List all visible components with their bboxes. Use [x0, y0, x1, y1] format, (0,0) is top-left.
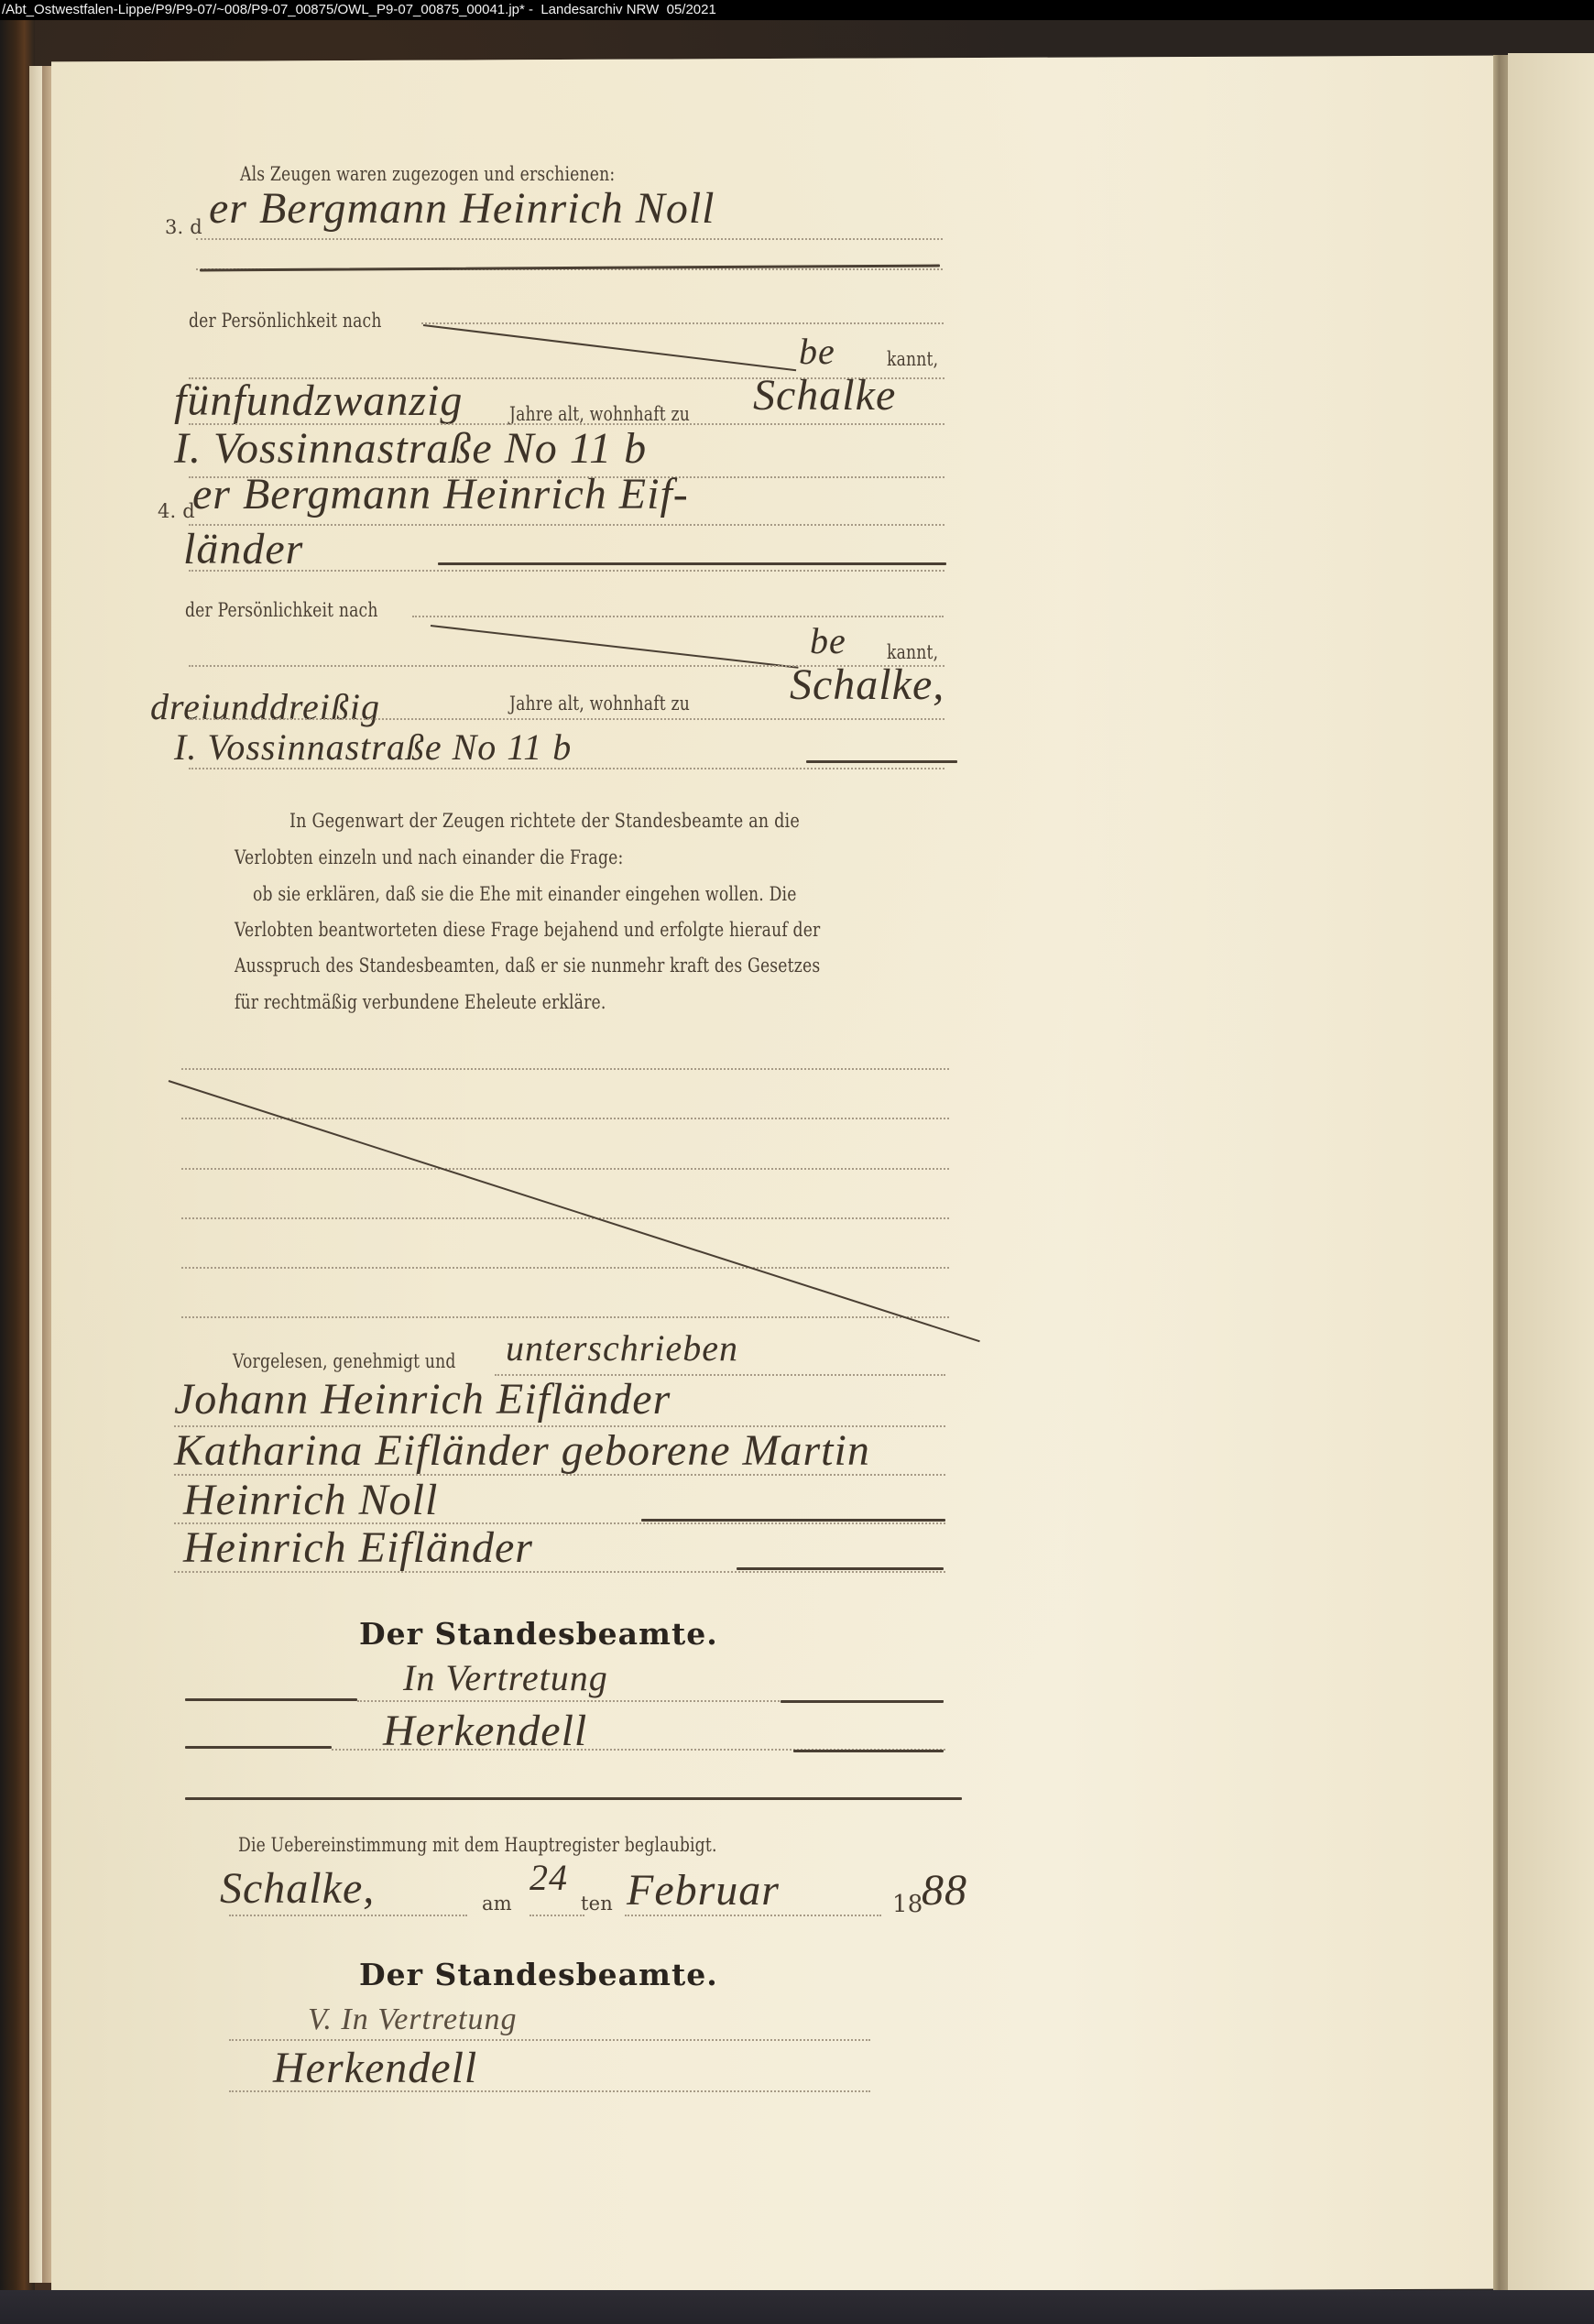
fill-rule: [185, 1746, 332, 1749]
fill-rule: [438, 562, 946, 565]
dotted-line: [181, 1316, 949, 1318]
witness-3-age: fünfundzwanzig: [174, 376, 463, 426]
declaration-line: ob sie erklären, daß sie die Ehe mit ein…: [253, 883, 797, 905]
approval-label: Vorgelesen, genehmigt und: [233, 1350, 456, 1372]
page-edge-strip: [42, 66, 51, 2283]
witness-4-identity-label: der Persönlichkeit nach: [185, 599, 378, 621]
signature-witness-3: Heinrich Noll: [183, 1475, 438, 1525]
fill-rule: [185, 1698, 357, 1701]
fill-rule: [737, 1567, 944, 1570]
registrar-deputy-note: V. In Vertretung: [308, 2002, 517, 2037]
witness-3-known-prefix: be: [799, 330, 835, 373]
dotted-line: [625, 1915, 881, 1916]
dotted-line: [412, 616, 944, 617]
certification-month: Februar: [627, 1865, 780, 1915]
witness-3-age-label: Jahre alt, wohnhaft zu: [509, 403, 690, 425]
certification-ten-label: ten: [581, 1893, 613, 1915]
dotted-line: [181, 1068, 949, 1070]
approval-handwritten: unterschrieben: [506, 1326, 738, 1369]
signature-bride: Katharina Eifländer geborene Martin: [174, 1425, 870, 1476]
fill-rule: [641, 1519, 945, 1522]
registrar-heading: Der Standesbeamte.: [359, 1616, 718, 1652]
witness-3-known-label: kannt,: [887, 348, 938, 370]
witness-4-residence: Schalke,: [790, 660, 944, 710]
certification-year-prefix: 18: [892, 1891, 923, 1918]
witness-3-number: 3. d: [165, 216, 202, 238]
witness-3-residence: Schalke: [753, 370, 896, 420]
fill-rule: [781, 1700, 944, 1703]
dotted-line: [181, 1168, 949, 1170]
dotted-line: [229, 1915, 467, 1916]
registrar-heading: Der Standesbeamte.: [359, 1957, 718, 1992]
witness-3-identity-label: der Persönlichkeit nach: [189, 310, 382, 332]
witness-4-number: 4. d: [158, 500, 195, 522]
witness-3-name: er Bergmann Heinrich Noll: [209, 183, 715, 234]
witness-4-name-line1: er Bergmann Heinrich Eif-: [192, 469, 689, 519]
dotted-line: [181, 1267, 949, 1269]
declaration-line: für rechtmäßig verbundene Eheleute erklä…: [235, 991, 606, 1013]
dotted-line: [229, 2039, 870, 2041]
witness-3-address: I. Vossinnastraße No 11 b: [174, 423, 647, 474]
declaration-line: Ausspruch des Standesbeamten, daß er sie…: [235, 955, 820, 977]
page-edge-strip: [29, 66, 42, 2283]
dotted-line: [530, 1915, 584, 1916]
signature-groom: Johann Heinrich Eifländer: [174, 1374, 671, 1424]
dotted-line: [189, 718, 944, 720]
witnesses-intro: Als Zeugen waren zugezogen und erschiene…: [240, 163, 615, 185]
dotted-line: [229, 2090, 870, 2092]
dotted-line: [189, 570, 944, 572]
book-gutter: [1493, 55, 1508, 2299]
dotted-line: [421, 322, 944, 324]
section-divider: [185, 1797, 962, 1800]
fill-rule: [793, 1750, 944, 1752]
book-cover-bottom: [0, 2290, 1594, 2324]
certification-place: Schalke,: [220, 1863, 375, 1914]
certification-year-suffix: 88: [922, 1865, 967, 1915]
witness-4-known-prefix: be: [810, 619, 846, 662]
window-title-bar: /Abt_Ostwestfalen-Lippe/P9/P9-07/~008/P9…: [0, 0, 1594, 20]
certification-am-label: am: [482, 1893, 512, 1915]
signature-witness-4: Heinrich Eifländer: [183, 1522, 533, 1573]
witness-4-age: dreiunddreißig: [150, 685, 380, 728]
registrar-deputy-note: In Vertretung: [403, 1656, 608, 1699]
certification-text: Die Uebereinstimmung mit dem Hauptregist…: [238, 1834, 717, 1856]
registrar-signature: Herkendell: [273, 2043, 477, 2093]
declaration-line: In Gegenwart der Zeugen richtete der Sta…: [289, 810, 800, 832]
dotted-line: [189, 768, 944, 769]
declaration-line: Verlobten beantworteten diese Frage beja…: [235, 919, 820, 941]
witness-4-name-line2: länder: [183, 524, 303, 574]
dotted-line: [181, 1217, 949, 1219]
dotted-line: [174, 1571, 945, 1573]
dotted-line: [181, 1118, 949, 1119]
declaration-line: Verlobten einzeln und nach einander die …: [235, 846, 623, 868]
witness-4-address: I. Vossinnastraße No 11 b: [174, 726, 572, 769]
fill-rule: [806, 760, 957, 763]
certification-day: 24: [530, 1856, 568, 1899]
next-page-edge: [1508, 53, 1594, 2299]
witness-4-age-label: Jahre alt, wohnhaft zu: [509, 693, 690, 715]
dotted-line: [196, 238, 943, 240]
